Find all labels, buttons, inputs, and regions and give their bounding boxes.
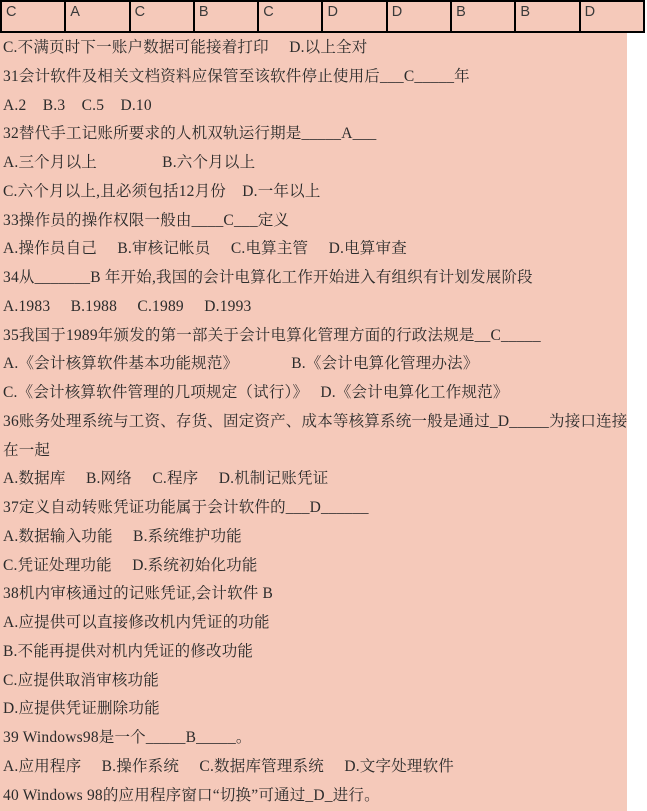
answer-cell: C bbox=[259, 2, 323, 31]
options-line: A.1983 B.1988 C.1989 D.1993 bbox=[3, 293, 627, 322]
answer-cell: A bbox=[66, 2, 130, 31]
answer-cell: B bbox=[452, 2, 516, 31]
options-line: C.《会计核算软件管理的几项规定（试行）》 D.《会计电算化工作规范》 bbox=[3, 379, 627, 408]
question-line: 37定义自动转账凭证功能属于会计软件的___D______ bbox=[3, 494, 627, 523]
options-line: C.应提供取消审核功能 bbox=[3, 667, 627, 696]
question-line: 38机内审核通过的记账凭证,会计软件 B bbox=[3, 580, 627, 609]
question-line: 40 Windows 98的应用程序窗口“切换”可通过_D_进行。 bbox=[3, 782, 627, 811]
answer-cell: C bbox=[2, 2, 66, 31]
question-line: 39 Windows98是一个_____B_____。 bbox=[3, 724, 627, 753]
options-line: A.2 B.3 C.5 D.10 bbox=[3, 92, 627, 121]
options-line: A.数据库 B.网络 C.程序 D.机制记账凭证 bbox=[3, 465, 627, 494]
answer-cell: B bbox=[516, 2, 580, 31]
options-line: A.应提供可以直接修改机内凭证的功能 bbox=[3, 609, 627, 638]
question-line: 34从_______B 年开始,我国的会计电算化工作开始进入有组织有计划发展阶段 bbox=[3, 264, 627, 293]
options-line: B.不能再提供对机内凭证的修改功能 bbox=[3, 638, 627, 667]
exam-text-body: C.不满页时下一账户数据可能接着打印 D.以上全对 31会计软件及相关文档资料应… bbox=[0, 33, 627, 811]
answer-cell: D bbox=[388, 2, 452, 31]
question-line: 33操作员的操作权限一般由____C___定义 bbox=[3, 207, 627, 236]
text-line: C.不满页时下一账户数据可能接着打印 D.以上全对 bbox=[3, 34, 627, 63]
options-line: D.应提供凭证删除功能 bbox=[3, 695, 627, 724]
options-line: A.应用程序 B.操作系统 C.数据库管理系统 D.文字处理软件 bbox=[3, 753, 627, 782]
options-line: A.操作员自己 B.审核记帐员 C.电算主管 D.电算审查 bbox=[3, 235, 627, 264]
answer-cell: C bbox=[131, 2, 195, 31]
options-line: C.六个月以上,且必须包括12月份 D.一年以上 bbox=[3, 178, 627, 207]
options-line: A.《会计核算软件基本功能规范》 B.《会计电算化管理办法》 bbox=[3, 350, 627, 379]
question-line: 31会计软件及相关文档资料应保管至该软件停止使用后___C_____年 bbox=[3, 63, 627, 92]
answer-cell: D bbox=[323, 2, 387, 31]
document-page: C A C B C D D B B D C.不满页时下一账户数据可能接着打印 D… bbox=[0, 0, 647, 811]
question-line: 32替代手工记账所要求的人机双轨运行期是_____A___ bbox=[3, 120, 627, 149]
answer-cell: B bbox=[195, 2, 259, 31]
question-line-wrap: 在一起 bbox=[3, 437, 627, 466]
options-line: C.凭证处理功能 D.系统初始化功能 bbox=[3, 552, 627, 581]
options-line: A.三个月以上 B.六个月以上 bbox=[3, 149, 627, 178]
question-line: 35我国于1989年颁发的第一部关于会计电算化管理方面的行政法规是__C____… bbox=[3, 322, 627, 351]
answer-key-table: C A C B C D D B B D bbox=[0, 0, 645, 33]
options-line: A.数据输入功能 B.系统维护功能 bbox=[3, 523, 627, 552]
answer-cell: D bbox=[581, 2, 643, 31]
question-line: 36账务处理系统与工资、存货、固定资产、成本等核算系统一般是通过_D_____为… bbox=[3, 408, 627, 437]
